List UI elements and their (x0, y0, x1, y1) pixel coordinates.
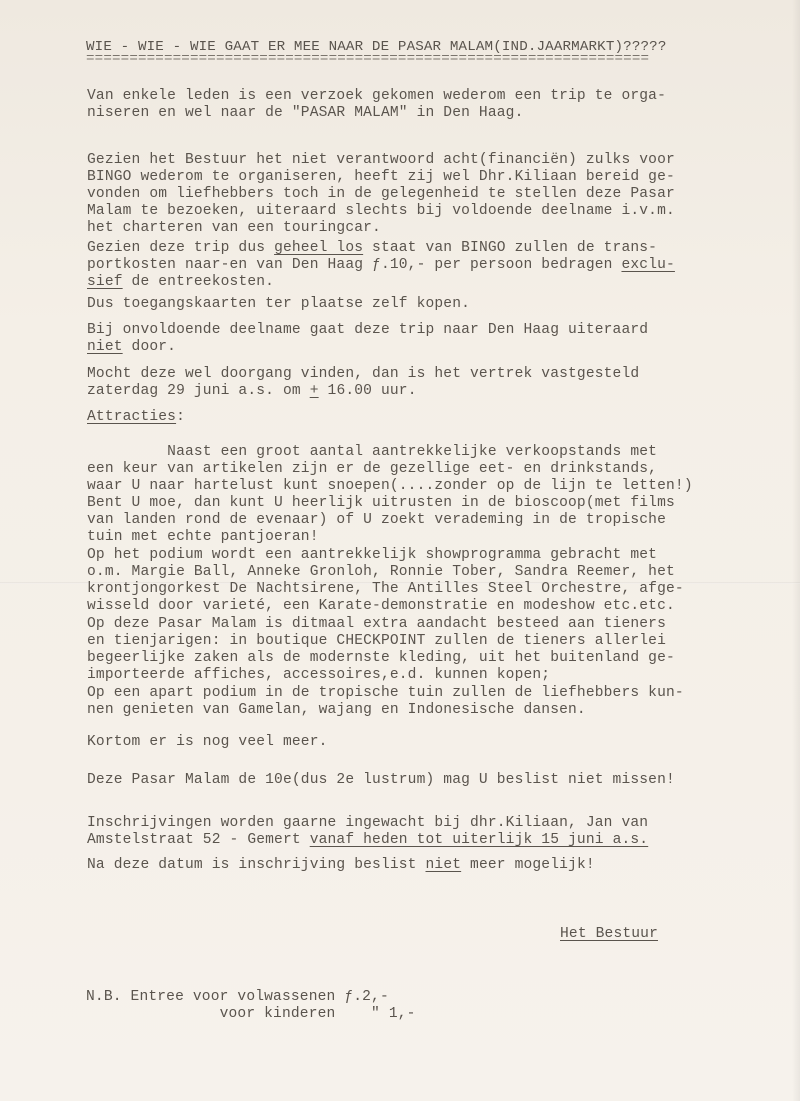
text-run: importeerde affiches, accessoires,e.d. k… (87, 667, 550, 683)
text-run: Mocht deze wel doorgang vinden, dan is h… (87, 366, 639, 382)
text-run: de entreekosten. (123, 274, 274, 290)
text-line: Na deze datum is inschrijving beslist ni… (87, 857, 595, 874)
text-line: niseren en wel naar de "PASAR MALAM" in … (87, 105, 666, 122)
text-run: Naast een groot aantal aantrekkelijke ve… (87, 444, 657, 460)
signature: Het Bestuur (560, 926, 658, 943)
text-run: Gezien het Bestuur het niet verantwoord … (87, 152, 675, 168)
text-line: tuin met echte pantjoeran! (87, 529, 675, 546)
text-line: Van enkele leden is een verzoek gekomen … (87, 88, 666, 105)
paragraph: Gezien het Bestuur het niet verantwoord … (87, 152, 675, 237)
text-line: Inschrijvingen worden gaarne ingewacht b… (87, 815, 648, 832)
text-run: nen genieten van Gamelan, wajang en Indo… (87, 702, 586, 718)
text-run: Op deze Pasar Malam is ditmaal extra aan… (87, 616, 666, 632)
paragraph: Op deze Pasar Malam is ditmaal extra aan… (87, 616, 675, 684)
text-line: Bent U moe, dan kunt U heerlijk uitruste… (87, 495, 675, 512)
paragraph: Op het podium wordt een aantrekkelijk sh… (87, 547, 684, 615)
text-line: krontjongorkest De Nachtsirene, The Anti… (87, 581, 684, 598)
text-line: nen genieten van Gamelan, wajang en Indo… (87, 702, 684, 719)
title-underline-rule: ========================================… (86, 51, 649, 68)
text-run: niseren en wel naar de "PASAR MALAM" in … (87, 105, 523, 121)
nb-entree-children: voor kinderen " 1,- (86, 1006, 416, 1023)
text-line: Naast een groot aantal aantrekkelijke ve… (87, 444, 693, 461)
text-run: Op een apart podium in de tropische tuin… (87, 685, 684, 701)
text-run: Bij onvoldoende deelname gaat deze trip … (87, 322, 648, 338)
text-line: een keur van artikelen zijn er de gezell… (87, 461, 693, 478)
text-run: een keur van artikelen zijn er de gezell… (87, 461, 657, 477)
text-run: Gezien deze trip dus (87, 240, 274, 256)
text-run: Bent U moe, dan kunt U heerlijk uitruste… (87, 495, 675, 511)
underlined-text: Attracties (87, 409, 176, 425)
underlined-text: exclu- (621, 257, 674, 273)
paragraph: Kortom er is nog veel meer. (87, 734, 328, 751)
text-line: vonden om liefhebbers toch in de gelegen… (87, 186, 675, 203)
text-run: Dus toegangskaarten ter plaatse zelf kop… (87, 296, 470, 312)
text-run: van landen rond de evenaar) of U zoekt v… (87, 512, 666, 528)
text-line: portkosten naar-en van Den Haag ƒ.10,- p… (87, 257, 675, 274)
text-run: en tienjarigen: in boutique CHECKPOINT z… (87, 633, 666, 649)
text-line: niet door. (87, 339, 648, 356)
text-run: Malam te bezoeken, uiteraard slechts bij… (87, 203, 675, 219)
text-run: : (176, 409, 185, 425)
text-run: staat van BINGO zullen de trans- (363, 240, 657, 256)
text-run: Kortom er is nog veel meer. (87, 734, 328, 750)
text-line: Attracties: (87, 409, 185, 426)
text-line: Op een apart podium in de tropische tuin… (87, 685, 684, 702)
text-run: zaterdag 29 juni a.s. om (87, 383, 310, 399)
text-run: begeerlijke zaken als de modernste kledi… (87, 650, 675, 666)
underlined-text: geheel los (274, 240, 363, 256)
text-line: Deze Pasar Malam de 10e(dus 2e lustrum) … (87, 772, 675, 789)
text-run: meer mogelijk! (461, 857, 595, 873)
text-line: Op deze Pasar Malam is ditmaal extra aan… (87, 616, 675, 633)
text-line: o.m. Margie Ball, Anneke Gronloh, Ronnie… (87, 564, 684, 581)
text-line: en tienjarigen: in boutique CHECKPOINT z… (87, 633, 675, 650)
paragraph: Bij onvoldoende deelname gaat deze trip … (87, 322, 648, 356)
text-line: Amstelstraat 52 - Gemert vanaf heden tot… (87, 832, 648, 849)
text-line: het charteren van een touringcar. (87, 220, 675, 237)
text-line: zaterdag 29 juni a.s. om + 16.00 uur. (87, 383, 639, 400)
text-line: Bij onvoldoende deelname gaat deze trip … (87, 322, 648, 339)
text-line: Dus toegangskaarten ter plaatse zelf kop… (87, 296, 470, 313)
text-line: van landen rond de evenaar) of U zoekt v… (87, 512, 675, 529)
paragraph: Naast een groot aantal aantrekkelijke ve… (87, 444, 693, 495)
text-run: Amstelstraat 52 - Gemert (87, 832, 310, 848)
nb-entree-adults: N.B. Entree voor volwassenen ƒ.2,- (86, 989, 389, 1006)
text-line: Kortom er is nog veel meer. (87, 734, 328, 751)
text-line: wisseld door varieté, een Karate-demonst… (87, 598, 684, 615)
text-run: portkosten naar-en van Den Haag ƒ.10,- p… (87, 257, 621, 273)
text-line: Gezien het Bestuur het niet verantwoord … (87, 152, 675, 169)
paragraph: Inschrijvingen worden gaarne ingewacht b… (87, 815, 648, 849)
underlined-text: niet (87, 339, 123, 355)
text-run: Deze Pasar Malam de 10e(dus 2e lustrum) … (87, 772, 675, 788)
paragraph: Gezien deze trip dus geheel los staat va… (87, 240, 675, 291)
text-line: Mocht deze wel doorgang vinden, dan is h… (87, 366, 639, 383)
text-run: vonden om liefhebbers toch in de gelegen… (87, 186, 675, 202)
underlined-text: niet (426, 857, 462, 873)
text-run: Op het podium wordt een aantrekkelijk sh… (87, 547, 657, 563)
text-run: Inschrijvingen worden gaarne ingewacht b… (87, 815, 648, 831)
text-run: wisseld door varieté, een Karate-demonst… (87, 598, 675, 614)
text-line: sief de entreekosten. (87, 274, 675, 291)
text-line: BINGO wederom te organiseren, heeft zij … (87, 169, 675, 186)
paragraph: Op een apart podium in de tropische tuin… (87, 685, 684, 719)
underlined-text: sief (87, 274, 123, 290)
paragraph: Bent U moe, dan kunt U heerlijk uitruste… (87, 495, 675, 546)
text-run: door. (123, 339, 176, 355)
text-line: Malam te bezoeken, uiteraard slechts bij… (87, 203, 675, 220)
text-run: krontjongorkest De Nachtsirene, The Anti… (87, 581, 684, 597)
text-run: BINGO wederom te organiseren, heeft zij … (87, 169, 675, 185)
underlined-text: + (310, 383, 319, 399)
text-run: 16.00 uur. (319, 383, 417, 399)
text-run: o.m. Margie Ball, Anneke Gronloh, Ronnie… (87, 564, 675, 580)
paragraph: Van enkele leden is een verzoek gekomen … (87, 88, 666, 122)
paragraph: Deze Pasar Malam de 10e(dus 2e lustrum) … (87, 772, 675, 789)
underlined-text: vanaf heden tot uiterlijk 15 juni a.s. (310, 832, 649, 848)
text-line: waar U naar hartelust kunt snoepen(....z… (87, 478, 693, 495)
text-run: tuin met echte pantjoeran! (87, 529, 319, 545)
text-line: importeerde affiches, accessoires,e.d. k… (87, 667, 675, 684)
text-run: Van enkele leden is een verzoek gekomen … (87, 88, 666, 104)
paragraph: Mocht deze wel doorgang vinden, dan is h… (87, 366, 639, 400)
text-run: waar U naar hartelust kunt snoepen(....z… (87, 478, 693, 494)
text-run: Na deze datum is inschrijving beslist (87, 857, 426, 873)
text-line: begeerlijke zaken als de modernste kledi… (87, 650, 675, 667)
paragraph: Attracties: (87, 409, 185, 426)
text-line: Gezien deze trip dus geheel los staat va… (87, 240, 675, 257)
paragraph: Na deze datum is inschrijving beslist ni… (87, 857, 595, 874)
text-run: het charteren van een touringcar. (87, 220, 381, 236)
paragraph: Dus toegangskaarten ter plaatse zelf kop… (87, 296, 470, 313)
text-line: Op het podium wordt een aantrekkelijk sh… (87, 547, 684, 564)
